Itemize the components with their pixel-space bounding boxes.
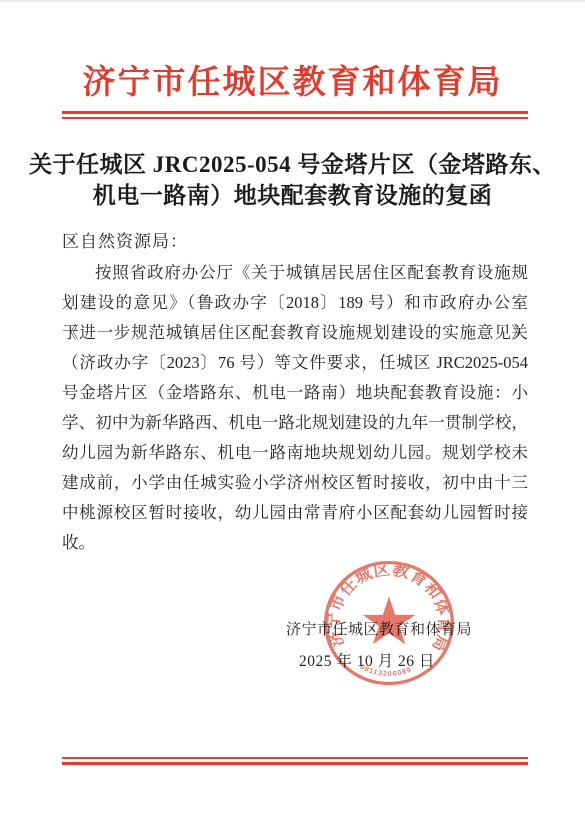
footer-divider-thick [62,762,528,765]
seal-ring-text: 济宁市任城区教育和体育局 [323,561,455,655]
document-page: 济宁市任城区教育和体育局 关于任城区 JRC2025-054 号金塔片区（金塔路… [0,0,585,814]
document-title: 关于任城区 JRC2025-054 号金塔片区（金塔路东、 机电一路南）地块配套… [0,149,585,211]
scan-edge-artifact [0,0,585,2]
body-line: （济政办字〔2023〕76 号）等文件要求，任城区 JRC2025-054 [62,348,528,378]
body-line: 学、初中为新华路西、机电一路北规划建设的九年一贯制学校， [62,408,528,438]
document-title-line1: 关于任城区 JRC2025-054 号金塔片区（金塔路东、 [0,149,585,180]
letterhead-org-name: 济宁市任城区教育和体育局 [0,63,585,103]
body-line: 中桃源校区暂时接收，幼儿园由常青府小区配套幼儿园暂时接 [62,498,528,528]
body-line: 于进一步规范城镇居住区配套教育设施规划建设的实施意见》 [62,318,528,348]
body-line: 按照省政府办公厅《关于城镇居民居住区配套教育设施规 [62,258,528,288]
body-line: 幼儿园为新华路东、机电一路南地块规划幼儿园。规划学校未 [62,438,528,468]
body-line: 收。 [62,528,528,558]
salutation: 区自然资源局： [62,231,188,253]
header-divider-thin [62,117,528,119]
body-line: 建成前，小学由任城实验小学济州校区暂时接收，初中由十三 [62,468,528,498]
header-divider-thick [62,111,528,114]
signature-date: 2025 年 10 月 26 日 [299,652,435,672]
document-title-line2: 机电一路南）地块配套教育设施的复函 [0,180,585,211]
body-line: 划建设的意见》（鲁政办字〔2018〕189 号）和市政府办公室《关 [62,288,528,318]
body-line: 号金塔片区（金塔路东、机电一路南）地块配套教育设施：小 [62,378,528,408]
body-paragraph: 按照省政府办公厅《关于城镇居民居住区配套教育设施规 划建设的意见》（鲁政办字〔2… [62,258,528,558]
signature-org-name: 济宁市任城区教育和体育局 [286,620,472,640]
footer-divider-thin [62,757,528,759]
